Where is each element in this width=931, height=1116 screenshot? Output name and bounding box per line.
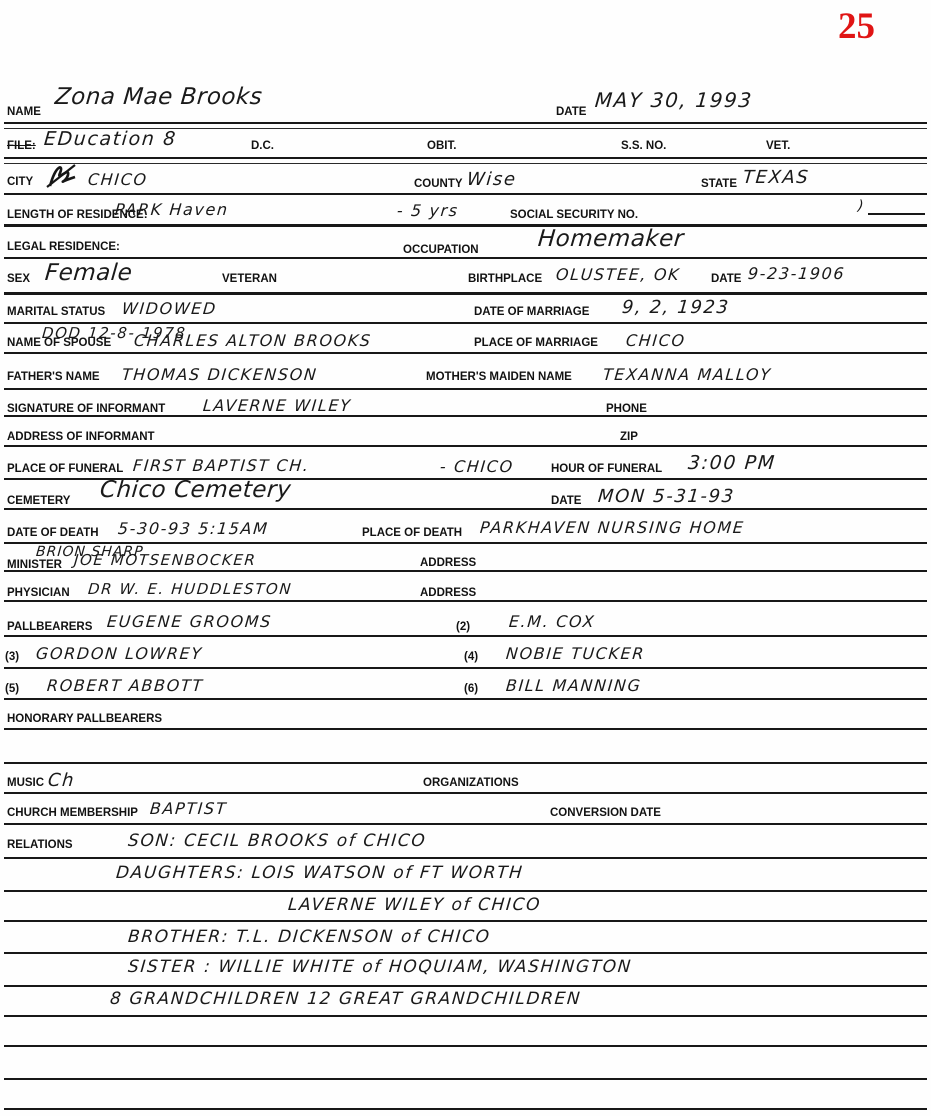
- name-label: NAME: [7, 106, 41, 118]
- county-label: COUNTY: [414, 178, 463, 190]
- pallbearers-label: PALLBEARERS: [7, 621, 92, 633]
- divider: [4, 257, 927, 259]
- pallbearer-6: BILL MANNING: [505, 676, 642, 695]
- obit-label: OBIT.: [427, 140, 456, 152]
- divider: [4, 1078, 927, 1080]
- pallbearer-5: ROBERT ABBOTT: [46, 676, 204, 695]
- ss-no-header-label: S.S. NO.: [621, 140, 666, 152]
- divider: [868, 213, 925, 215]
- divider: [4, 985, 927, 987]
- place-of-death-value: PARKHAVEN NURSING HOME: [479, 518, 745, 537]
- divider: [4, 1045, 927, 1047]
- church-membership-value: BAPTIST: [149, 799, 228, 818]
- relations-line-brother: BROTHER: T.L. DICKENSON of CHICO: [127, 927, 491, 947]
- phone-label: PHONE: [606, 403, 647, 415]
- divider: [4, 508, 927, 510]
- sex-label: SEX: [7, 273, 30, 285]
- length-of-residence-value: PARK Haven: [114, 200, 229, 219]
- fathers-name-label: FATHER'S NAME: [7, 371, 100, 383]
- veteran-label: VETERAN: [222, 273, 277, 285]
- divider: [4, 122, 927, 124]
- divider: [4, 635, 927, 637]
- divider: [4, 667, 927, 669]
- fathers-name-value: THOMAS DICKENSON: [121, 365, 318, 384]
- relations-line-grandchildren: 8 GRANDCHILDREN 12 GREAT GRANDCHILDREN: [109, 989, 582, 1009]
- state-label: STATE: [701, 178, 737, 190]
- divider: [4, 600, 927, 602]
- city-value: CHICO: [87, 170, 148, 189]
- date-of-death-value: 5-30-93 5:15AM: [117, 519, 269, 538]
- divider: [4, 388, 927, 390]
- city-scribble-mark: [44, 162, 80, 190]
- file-label: FILE:: [7, 140, 36, 152]
- vet-label: VET.: [766, 140, 790, 152]
- social-security-mark: ): [857, 198, 865, 214]
- sex-value: Female: [44, 260, 134, 286]
- name-value: Zona Mae Brooks: [54, 84, 264, 110]
- divider: [4, 890, 927, 892]
- mothers-maiden-name-value: TEXANNA MALLOY: [602, 365, 772, 384]
- relations-line-daughters: DAUGHTERS: LOIS WATSON of FT WORTH: [115, 863, 524, 883]
- date-of-marriage-label: DATE OF MARRIAGE: [474, 306, 589, 318]
- physician-value: DR W. E. HUDDLESTON: [87, 580, 293, 598]
- funeral-record-form: 25 NAME Zona Mae Brooks DATE MAY 30, 199…: [0, 0, 931, 1116]
- place-of-death-label: PLACE OF DEATH: [362, 527, 462, 539]
- city-label: CITY: [7, 176, 33, 188]
- pallbearer-6-num: (6): [464, 683, 478, 695]
- divider: [4, 792, 927, 794]
- conversion-date-label: CONVERSION DATE: [550, 807, 661, 819]
- church-membership-label: CHURCH MEMBERSHIP: [7, 807, 138, 819]
- divider: [4, 728, 927, 730]
- relations-label: RELATIONS: [7, 839, 73, 851]
- social-security-no-label: SOCIAL SECURITY NO.: [510, 209, 638, 221]
- place-of-marriage-value: CHICO: [625, 331, 686, 350]
- divider: [4, 352, 927, 354]
- length-of-residence-years: - 5 yrs: [396, 201, 459, 220]
- relations-line-sister: SISTER : WILLIE WHITE of HOQUIAM, WASHIN…: [127, 957, 633, 977]
- minister-address-label: ADDRESS: [420, 557, 476, 569]
- place-of-marriage-label: PLACE OF MARRIAGE: [474, 337, 598, 349]
- divider: [4, 920, 927, 922]
- place-of-funeral-label: PLACE OF FUNERAL: [7, 463, 123, 475]
- divider: [4, 698, 927, 700]
- music-value: Ch: [47, 770, 76, 791]
- cemetery-label: CEMETERY: [7, 495, 70, 507]
- pallbearer-2: E.M. COX: [508, 612, 596, 631]
- birth-date-label: DATE: [711, 273, 741, 285]
- marital-status-label: MARITAL STATUS: [7, 306, 105, 318]
- divider: [4, 193, 927, 195]
- organizations-label: ORGANIZATIONS: [423, 777, 519, 789]
- divider: [4, 224, 927, 227]
- divider: [4, 762, 927, 764]
- date-of-death-label: DATE OF DEATH: [7, 527, 99, 539]
- divider: [4, 952, 927, 954]
- physician-label: PHYSICIAN: [7, 587, 70, 599]
- birthplace-value: OLUSTEE, OK: [555, 265, 681, 284]
- county-value: Wise: [466, 169, 517, 190]
- burial-date-label: DATE: [551, 495, 581, 507]
- birth-date-value: 9-23-1906: [747, 264, 846, 283]
- pallbearer-1: EUGENE GROOMS: [106, 612, 273, 631]
- marital-status-value: WIDOWED: [121, 299, 218, 318]
- place-of-funeral-value: FIRST BAPTIST CH.: [132, 456, 310, 475]
- divider: [4, 157, 927, 159]
- divider: [4, 415, 927, 417]
- relations-line-son: SON: CECIL BROOKS of CHICO: [127, 831, 427, 851]
- record-date-label: DATE: [556, 106, 586, 118]
- pallbearer-3: GORDON LOWREY: [35, 644, 203, 663]
- signature-of-informant-value: LAVERNE WILEY: [202, 396, 352, 415]
- occupation-value: Homemaker: [537, 226, 685, 252]
- hour-of-funeral-value: 3:00 PM: [687, 452, 777, 474]
- file-value: EDucation 8: [43, 128, 178, 150]
- divider: [4, 1015, 927, 1017]
- burial-date-value: MON 5-31-93: [597, 486, 736, 507]
- physician-address-label: ADDRESS: [420, 587, 476, 599]
- mothers-maiden-name-label: MOTHER'S MAIDEN NAME: [426, 371, 572, 383]
- pallbearer-4-num: (4): [464, 651, 478, 663]
- divider: [4, 1108, 927, 1110]
- divider: [4, 163, 927, 164]
- dc-label: D.C.: [251, 140, 274, 152]
- divider: [4, 823, 927, 825]
- pallbearer-2-num: (2): [456, 621, 470, 633]
- minister-label: MINISTER: [7, 559, 62, 571]
- pallbearer-3-num: (3): [5, 651, 19, 663]
- signature-of-informant-label: SIGNATURE OF INFORMANT: [7, 403, 165, 415]
- divider: [4, 570, 927, 572]
- cemetery-value: Chico Cemetery: [99, 477, 292, 503]
- music-label: MUSIC: [7, 777, 44, 789]
- page-number: 25: [838, 5, 875, 48]
- minister-value: JOE MOTSENBOCKER: [73, 551, 257, 569]
- name-of-spouse-label: NAME OF SPOUSE: [7, 337, 111, 349]
- occupation-label: OCCUPATION: [403, 244, 479, 256]
- pallbearer-4: NOBIE TUCKER: [505, 644, 646, 663]
- divider: [4, 445, 927, 447]
- name-of-spouse-value: CHARLES ALTON BROOKS: [133, 331, 372, 350]
- hour-of-funeral-label: HOUR OF FUNERAL: [551, 463, 662, 475]
- honorary-pallbearers-label: HONORARY PALLBEARERS: [7, 713, 162, 725]
- relations-line-daughter2: LAVERNE WILEY of CHICO: [287, 895, 542, 915]
- legal-residence-label: LEGAL RESIDENCE:: [7, 241, 120, 253]
- place-of-funeral-city: - CHICO: [439, 457, 514, 476]
- state-value: TEXAS: [742, 167, 810, 188]
- address-of-informant-label: ADDRESS OF INFORMANT: [7, 431, 155, 443]
- pallbearer-5-num: (5): [5, 683, 19, 695]
- record-date-value: MAY 30, 1993: [594, 88, 754, 112]
- divider: [4, 857, 927, 859]
- birthplace-label: BIRTHPLACE: [468, 273, 542, 285]
- date-of-marriage-value: 9, 2, 1923: [621, 297, 730, 318]
- divider: [4, 292, 927, 295]
- zip-label: ZIP: [620, 431, 638, 443]
